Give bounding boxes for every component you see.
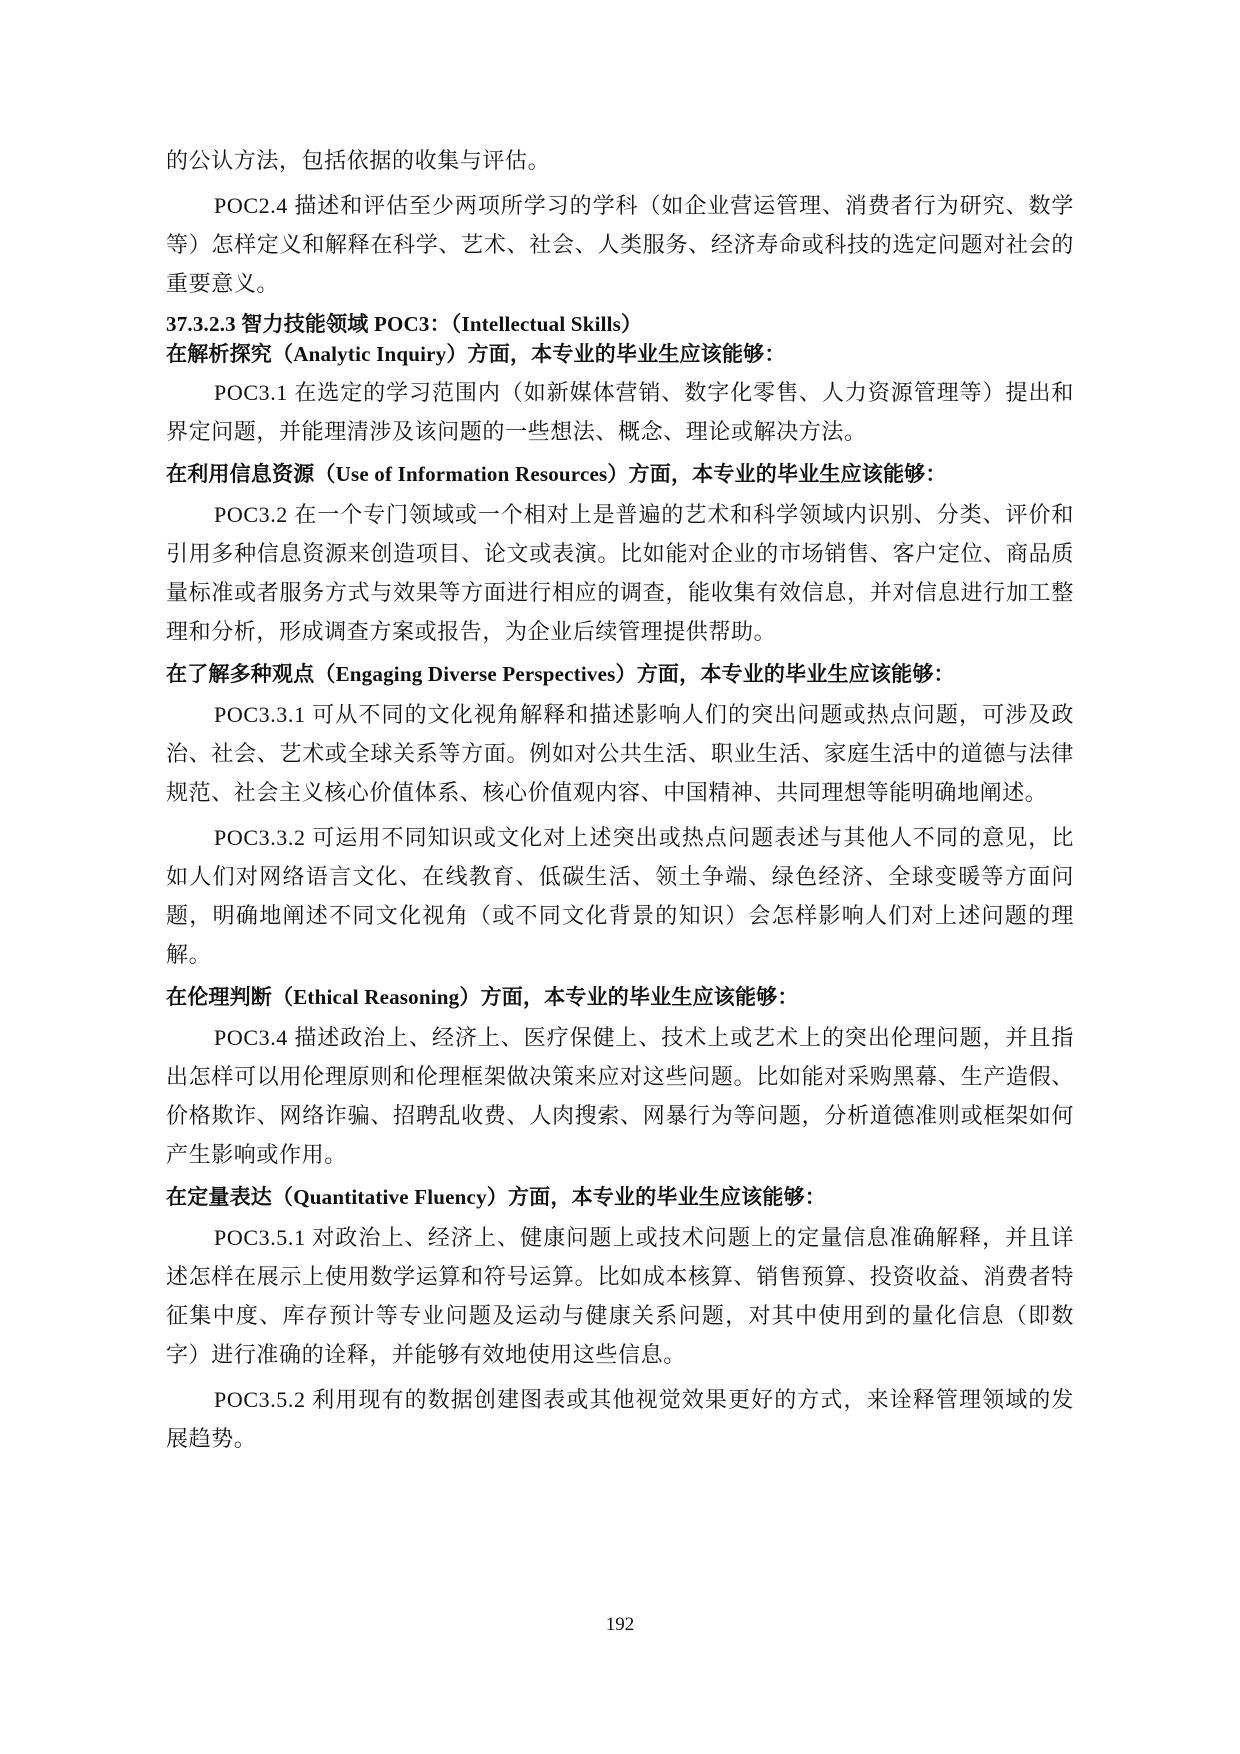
subheading-diverse-perspectives: 在了解多种观点（Engaging Diverse Perspectives）方面… <box>166 657 1074 691</box>
paragraph-poc3-3-2: POC3.3.2 可运用不同知识或文化对上述突出或热点问题表述与其他人不同的意见… <box>166 818 1074 974</box>
subheading-information-resources: 在利用信息资源（Use of Information Resources）方面，… <box>166 457 1074 491</box>
subheading-quantitative-fluency: 在定量表达（Quantitative Fluency）方面，本专业的毕业生应该能… <box>166 1180 1074 1214</box>
subheading-ethical-reasoning: 在伦理判断（Ethical Reasoning）方面，本专业的毕业生应该能够： <box>166 980 1074 1014</box>
paragraph-poc3-2: POC3.2 在一个专门领域或一个相对上是普遍的艺术和科学领域内识别、分类、评价… <box>166 495 1074 651</box>
paragraph-poc3-3-1: POC3.3.1 可从不同的文化视角解释和描述影响人们的突出问题或热点问题，可涉… <box>166 695 1074 812</box>
paragraph-poc3-1: POC3.1 在选定的学习范围内（如新媒体营销、数字化零售、人力资源管理等）提出… <box>166 373 1074 451</box>
document-page: 的公认方法，包括依据的收集与评估。 POC2.4 描述和评估至少两项所学习的学科… <box>166 141 1074 1464</box>
page-number: 192 <box>0 1614 1240 1636</box>
paragraph-poc3-5-1: POC3.5.1 对政治上、经济上、健康问题上或技术问题上的定量信息准确解释，并… <box>166 1218 1074 1374</box>
section-heading-intellectual-skills: 37.3.2.3 智力技能领域 POC3：（Intellectual Skill… <box>166 309 1074 339</box>
subheading-analytic-inquiry: 在解析探究（Analytic Inquiry）方面，本专业的毕业生应该能够： <box>166 339 1074 369</box>
paragraph-poc3-5-2: POC3.5.2 利用现有的数据创建图表或其他视觉效果更好的方式，来诠释管理领域… <box>166 1380 1074 1458</box>
paragraph-poc3-4: POC3.4 描述政治上、经济上、医疗保健上、技术上或艺术上的突出伦理问题，并且… <box>166 1018 1074 1174</box>
paragraph-continuation: 的公认方法，包括依据的收集与评估。 <box>166 141 1074 180</box>
paragraph-poc2-4: POC2.4 描述和评估至少两项所学习的学科（如企业营运管理、消费者行为研究、数… <box>166 186 1074 303</box>
